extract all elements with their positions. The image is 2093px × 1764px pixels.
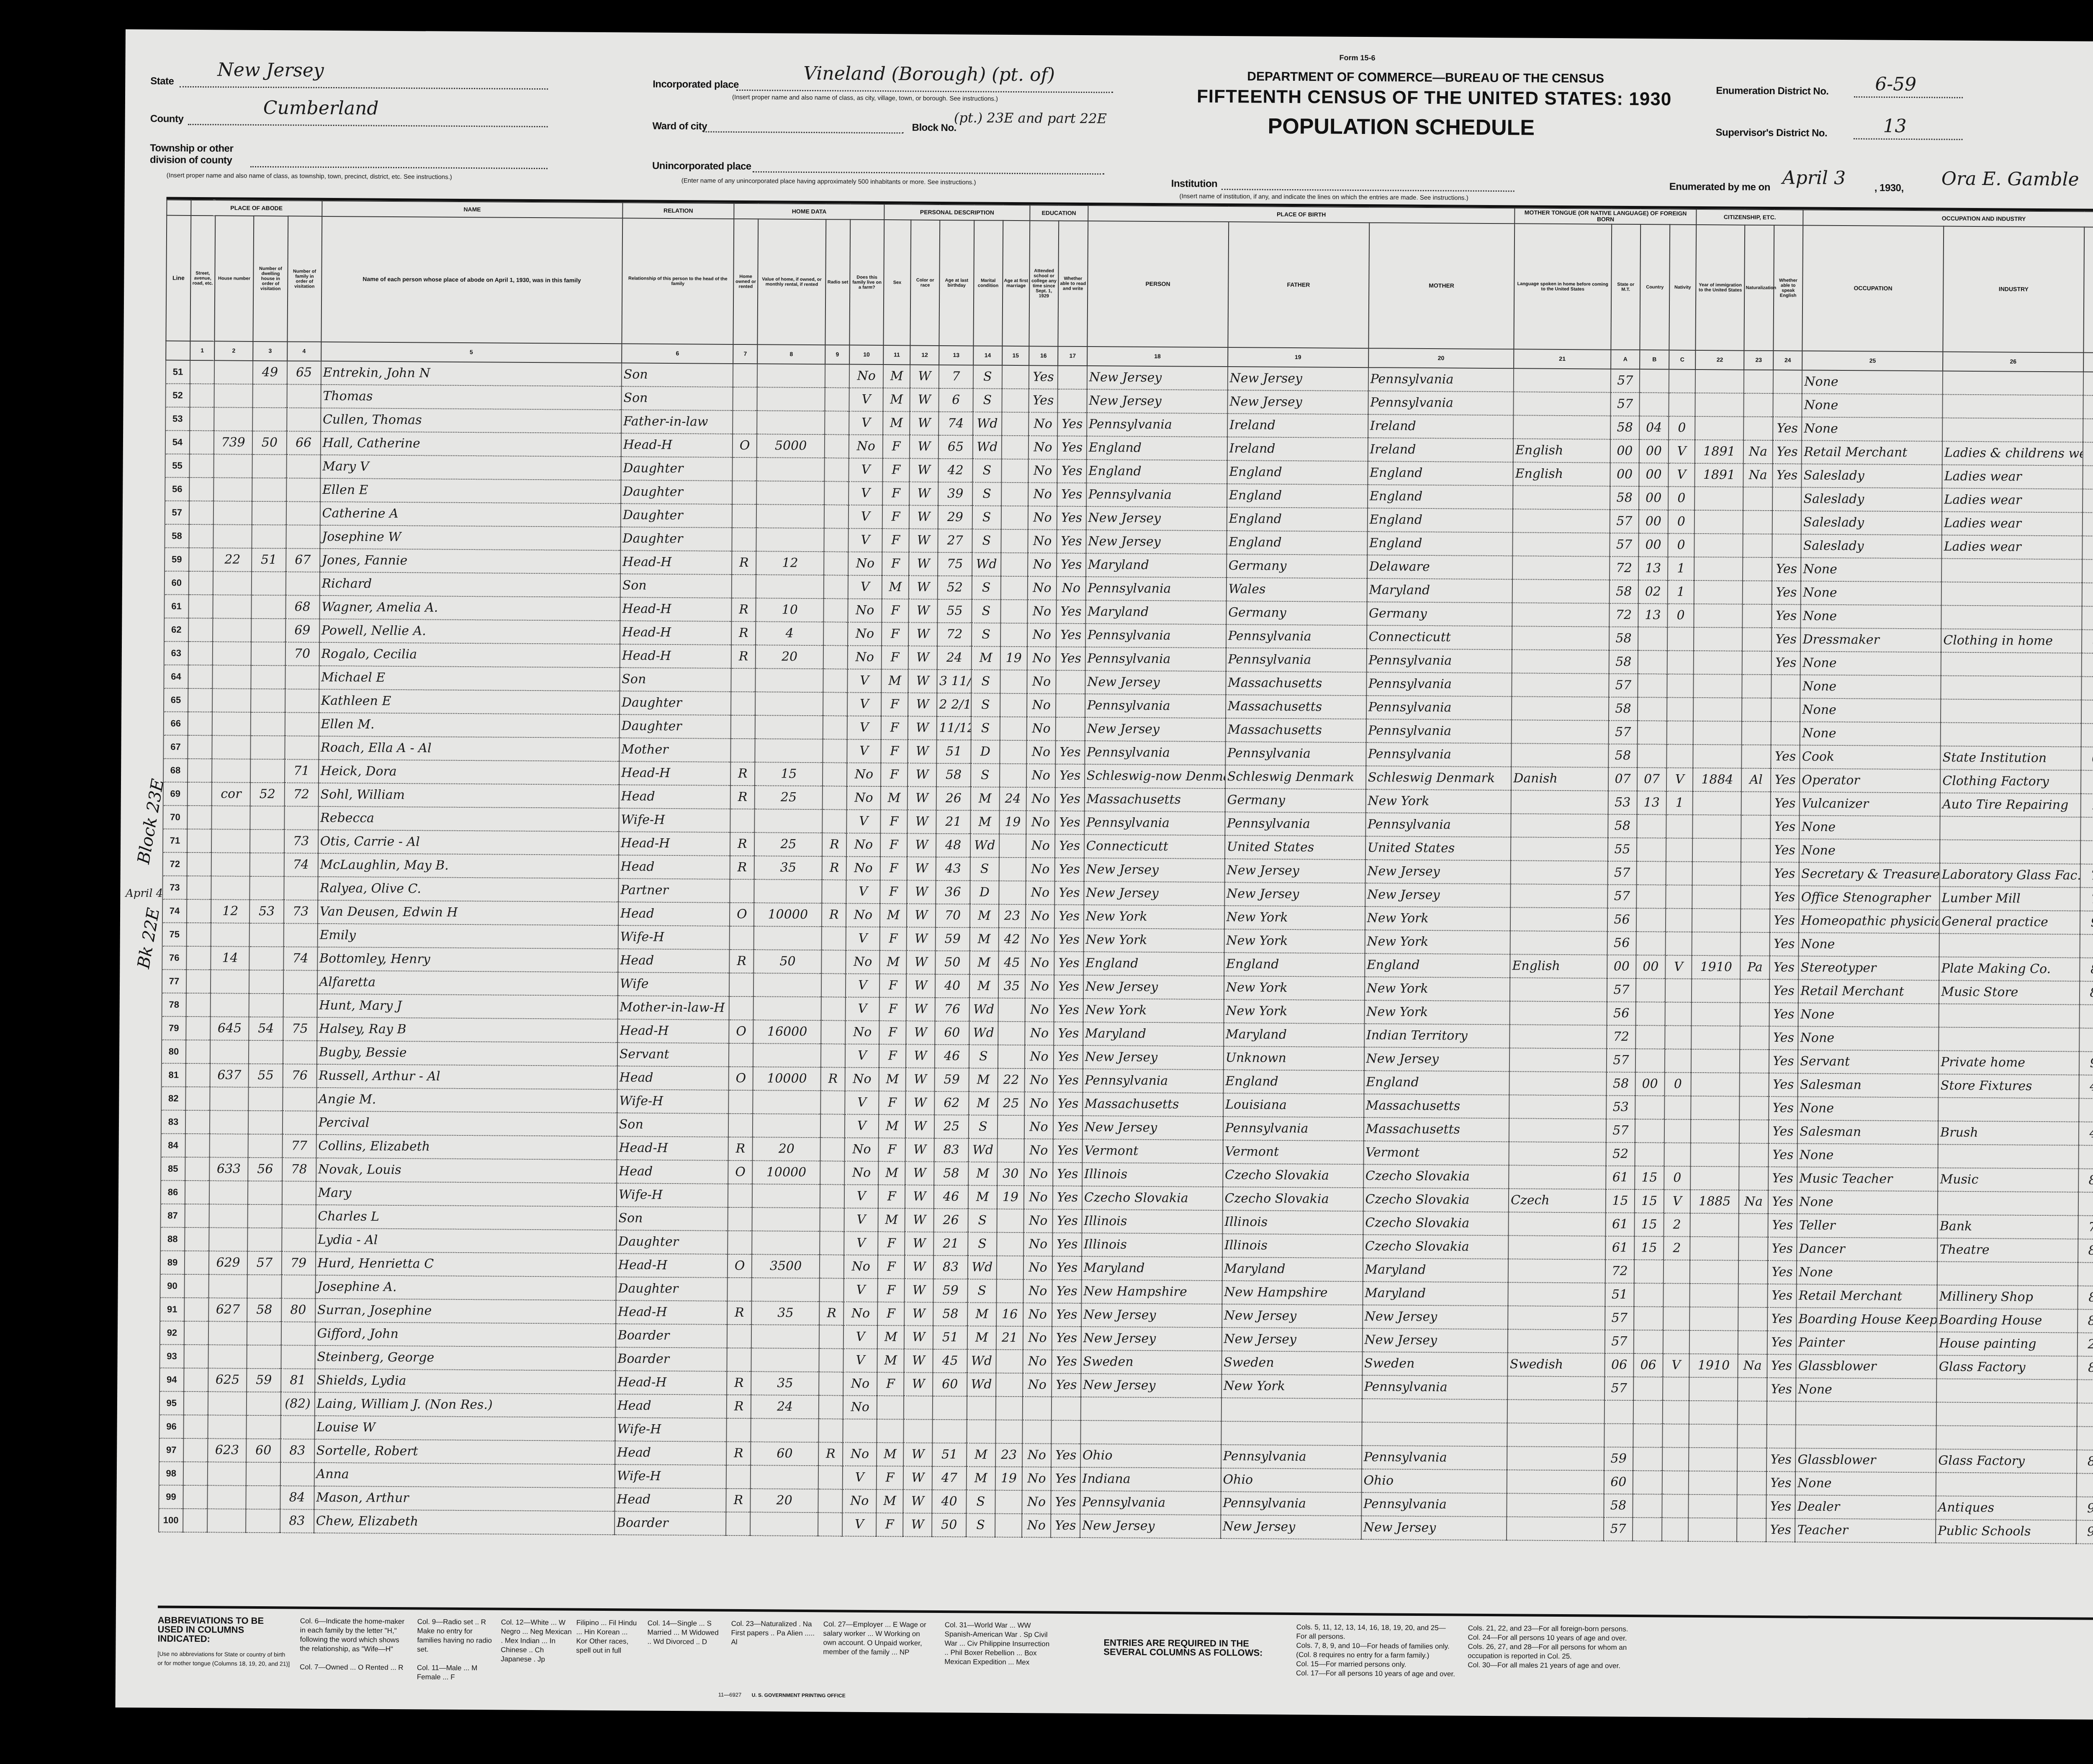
cell: Wd <box>968 1138 998 1162</box>
cell <box>1022 1420 1052 1443</box>
cell: 72 <box>1605 1259 1635 1283</box>
cell <box>186 1040 210 1063</box>
cell: Saleslady <box>1801 534 1942 558</box>
cell: 807V <box>2078 1239 2093 1263</box>
column-header: Line <box>166 215 191 341</box>
cell: W <box>908 716 937 739</box>
cell: 2 <box>1664 1213 1690 1236</box>
cell: 8502 <box>2077 1356 2093 1380</box>
census-rows: 514965Entrekin, John NSonNoMW7SYesNew Je… <box>159 360 2093 1545</box>
state-value: New Jersey <box>217 59 324 81</box>
column-header: Value of home, if owned, or monthly rent… <box>758 219 826 345</box>
cell: Boarder <box>616 1324 728 1348</box>
cell: 57 <box>1604 1517 1633 1541</box>
cell: W <box>906 997 936 1021</box>
line-number: 89 <box>160 1250 185 1274</box>
cell: F <box>881 763 908 786</box>
column-number: 25 <box>1802 351 1943 371</box>
cell: R <box>730 856 754 879</box>
cell <box>247 1322 281 1345</box>
cell <box>1666 838 1693 861</box>
cell: Yes <box>1772 604 1801 628</box>
cell <box>207 1485 246 1509</box>
cell: Pennsylvania <box>1226 648 1366 672</box>
cell: 42 <box>999 928 1026 951</box>
cell: W <box>910 435 939 458</box>
cell: No <box>1027 600 1057 623</box>
cell: No <box>847 786 881 809</box>
cell <box>728 1184 752 1207</box>
cell: F <box>880 880 907 904</box>
cell: V <box>848 669 882 692</box>
cell: 57 <box>1606 1119 1635 1142</box>
cell: No <box>1026 834 1055 858</box>
group-education: EDUCATION <box>1030 205 1088 221</box>
cell: None <box>1798 1026 1939 1050</box>
cell: No <box>1023 1373 1052 1397</box>
person-name: Mary <box>316 1181 617 1207</box>
cell <box>1507 1399 1604 1423</box>
cell: W <box>908 739 937 763</box>
cell: 50 <box>936 951 969 974</box>
cell: No <box>1025 951 1054 975</box>
line-number: 92 <box>160 1321 184 1344</box>
cell <box>731 715 755 739</box>
cell <box>1669 393 1695 416</box>
cell: Ohio <box>1080 1444 1221 1468</box>
cell: England <box>1227 460 1368 485</box>
cell: Daughter <box>620 527 732 551</box>
cell: 51 <box>937 740 971 763</box>
cell: 0 <box>1667 603 1694 627</box>
column-number: 16 <box>1029 346 1058 365</box>
cell: M <box>882 669 908 693</box>
cell: W <box>909 529 938 552</box>
cell: Yes <box>1772 628 1801 651</box>
cell: Yes <box>1029 365 1058 389</box>
cell <box>1002 436 1029 459</box>
cell: D <box>971 740 1000 763</box>
cell: No <box>846 856 880 880</box>
cell <box>999 858 1026 881</box>
cell <box>1080 1420 1221 1445</box>
cell <box>1938 1191 2078 1215</box>
cell: 25 <box>934 1115 968 1138</box>
cell: 1891 <box>1695 463 1743 487</box>
cell: Glass Factory <box>1937 1355 2078 1379</box>
cell: 07 <box>1608 767 1638 791</box>
unincorporated-line <box>753 171 1104 175</box>
cell <box>1000 764 1026 787</box>
cell: 58 <box>247 1298 281 1322</box>
cell: No <box>849 434 883 458</box>
cell: Yes <box>1768 1167 1797 1190</box>
cell: Secretary & Treasurer <box>1799 862 1940 886</box>
cell: Germany <box>1367 602 1512 626</box>
cell <box>249 923 283 947</box>
cell: Yes <box>1054 1022 1083 1045</box>
cell: Head-H <box>619 832 730 856</box>
cell: Yes <box>1770 839 1800 862</box>
cell <box>877 1396 904 1419</box>
cell: Yes <box>1770 909 1799 932</box>
cell: 57 <box>1607 884 1637 908</box>
abbrev-col6: Col. 6—Indicate the home-maker in each f… <box>300 1617 409 1654</box>
cell: 00 <box>1639 439 1669 463</box>
cell: 56 <box>1607 931 1636 955</box>
cell <box>1362 1422 1507 1446</box>
cell <box>1942 418 2083 442</box>
cell <box>731 668 756 692</box>
cell: R <box>727 1301 751 1325</box>
cell <box>1511 790 1608 814</box>
cell: 76 <box>935 998 969 1021</box>
cell: W <box>909 505 939 529</box>
cell <box>754 879 822 903</box>
cell: V <box>844 1208 878 1231</box>
cell: M <box>970 810 1000 834</box>
cell: Maryland <box>1363 1281 1508 1306</box>
cell: M <box>969 951 999 974</box>
cell: W <box>906 1068 935 1091</box>
cell <box>820 1137 845 1161</box>
census-title: FIFTEENTH CENSUS OF THE UNITED STATES: 1… <box>1197 86 1671 110</box>
cell: 1 <box>1666 791 1693 814</box>
cell <box>285 736 319 759</box>
cell: 50 <box>252 431 286 454</box>
cell: No <box>1024 1139 1053 1162</box>
cell <box>753 1114 820 1137</box>
cell: 66 <box>286 431 320 454</box>
cell: State Institution <box>1940 746 2081 770</box>
group-personal-description: PERSONAL DESCRIPTION <box>885 204 1030 221</box>
cell: Pennsylvania <box>1087 413 1227 437</box>
cell: Teller <box>1797 1214 1938 1238</box>
cell <box>1691 1073 1740 1096</box>
cell: Czecho Slovakia <box>1082 1186 1223 1210</box>
cell <box>1743 416 1773 440</box>
cell <box>1513 415 1610 439</box>
cell <box>1512 556 1610 580</box>
abbrev-col9: Col. 9—Radio set .. R Make no entry for … <box>417 1617 493 1654</box>
cell: 77 <box>282 1134 316 1158</box>
cell: Brush <box>1938 1121 2079 1145</box>
cell <box>904 1396 933 1419</box>
cell <box>251 712 285 736</box>
cell: Retail Merchant <box>1802 440 1942 465</box>
cell: 5000 <box>757 434 825 458</box>
column-header: FATHER <box>1228 222 1369 348</box>
cell: 21 <box>934 1232 968 1256</box>
cell <box>286 454 320 478</box>
cell <box>1941 558 2082 583</box>
cell: V <box>844 1278 878 1302</box>
cell: W <box>904 1349 933 1372</box>
cell: F <box>882 646 908 669</box>
cell: 8502 <box>2077 1450 2093 1474</box>
cell: 13 <box>1638 557 1668 580</box>
cell <box>1940 840 2080 864</box>
column-number: 23 <box>1744 350 1773 370</box>
line-number: 93 <box>159 1344 184 1368</box>
cell <box>280 1462 314 1486</box>
line-number: 74 <box>162 899 187 922</box>
cell <box>933 1420 967 1443</box>
cell <box>185 1087 210 1110</box>
cell: 39 <box>939 482 972 506</box>
cell <box>286 501 320 525</box>
cell: Pennsylvania <box>1225 812 1365 836</box>
cell <box>248 1204 282 1228</box>
cell <box>998 1045 1025 1068</box>
cell <box>1512 532 1610 556</box>
cell: M <box>969 1091 998 1115</box>
cell <box>1635 1096 1664 1119</box>
census-table: PLACE OF ABODE NAME RELATION HOME DATA P… <box>158 200 2093 1546</box>
cell: Yes <box>1054 928 1084 951</box>
column-header: Country <box>1640 224 1670 350</box>
cell: 623 <box>208 1438 247 1462</box>
cell: Wd <box>967 1256 997 1279</box>
cell: Danish <box>1511 767 1608 791</box>
cell: England <box>1226 531 1367 555</box>
cell: 0 <box>1669 416 1695 439</box>
cell: Germany <box>1226 554 1367 578</box>
cell <box>999 881 1026 904</box>
cell: Pennsylvania <box>1080 1491 1221 1515</box>
cell <box>214 384 253 408</box>
cell <box>1000 693 1027 717</box>
line-number: 88 <box>160 1227 185 1250</box>
cell: V <box>849 505 882 528</box>
cell: Yes <box>1054 1045 1083 1068</box>
cell <box>1637 861 1666 885</box>
cell: Yes <box>1769 932 1799 956</box>
column-header: Relationship of this person to the head … <box>622 218 734 344</box>
cell: Illinois <box>1222 1234 1363 1258</box>
cell: No <box>845 1067 879 1091</box>
cell <box>1514 392 1611 416</box>
cell: 74 <box>283 947 317 970</box>
cell: Son <box>620 574 732 598</box>
person-name: Angie M. <box>316 1088 617 1113</box>
cell <box>212 759 251 783</box>
cell <box>1740 979 1769 1002</box>
cell <box>732 528 756 551</box>
cell: Na <box>1743 463 1773 487</box>
cell: Dancer <box>1797 1237 1937 1261</box>
cell <box>755 715 823 739</box>
cell <box>1512 579 1610 603</box>
cell <box>998 1115 1024 1139</box>
cell: 75 <box>938 552 972 576</box>
column-number: A <box>1611 349 1640 369</box>
cell <box>1000 600 1027 623</box>
cell: 57 <box>1610 533 1639 556</box>
county-line <box>188 124 548 127</box>
cell <box>995 1420 1022 1443</box>
cell <box>756 504 824 528</box>
cell: F <box>879 1091 905 1114</box>
cell: 58 <box>1609 650 1638 673</box>
person-name: Catherine A <box>320 502 620 527</box>
cell: No <box>846 833 880 856</box>
person-name: Thomas <box>321 385 621 410</box>
cell: Head <box>618 902 730 926</box>
cell <box>1638 697 1667 721</box>
cell <box>1689 1448 1737 1471</box>
cell <box>187 876 211 899</box>
cell: New York <box>1224 976 1365 1000</box>
cell <box>1936 1472 2077 1497</box>
cell: Connecticutt <box>1084 834 1225 859</box>
cell <box>999 834 1026 858</box>
cell: F <box>883 435 910 458</box>
cell <box>1664 1143 1691 1166</box>
cell <box>1738 1377 1767 1401</box>
cell <box>1669 369 1695 393</box>
person-name: Powell, Nellie A. <box>319 619 620 644</box>
cell: No <box>1026 717 1056 740</box>
cell: 8491 <box>2083 442 2093 466</box>
cell: New Jersey <box>1087 389 1227 413</box>
cell <box>823 669 848 692</box>
cell: M <box>967 1302 997 1326</box>
cell <box>1771 722 1800 745</box>
cell: Glass Factory <box>1936 1449 2077 1473</box>
cell <box>184 1321 208 1345</box>
line-number: 67 <box>163 735 188 758</box>
cell: New Jersey <box>1365 883 1511 907</box>
cell <box>997 1209 1024 1232</box>
cell: No <box>1023 1256 1053 1279</box>
cell <box>1633 1471 1662 1494</box>
cell <box>755 739 823 763</box>
cell <box>752 1207 820 1231</box>
cell: Yes <box>1768 1261 1797 1284</box>
cell <box>825 388 849 411</box>
printer: U. S. GOVERNMENT PRINTING OFFICE <box>752 1690 846 1700</box>
cell: Head <box>619 785 730 809</box>
cell: None <box>1795 1471 1936 1496</box>
person-name: Alfaretta <box>317 971 618 996</box>
cell: M <box>967 1326 996 1349</box>
cell: 0 <box>1668 486 1695 510</box>
cell <box>2077 1473 2093 1497</box>
cell <box>821 1020 846 1044</box>
cell: 637 <box>210 1063 249 1087</box>
cell <box>726 1512 750 1535</box>
cell <box>212 665 251 689</box>
cell: Yes <box>1051 1467 1080 1490</box>
cell <box>751 1325 819 1348</box>
cell <box>188 665 212 688</box>
cell: M <box>880 904 907 927</box>
cell <box>247 1392 280 1415</box>
cell <box>1664 1119 1691 1143</box>
cell: No <box>844 1161 878 1184</box>
cell <box>751 1465 818 1489</box>
cell: R <box>822 856 846 880</box>
cell: S <box>972 529 1001 552</box>
cell <box>1943 394 2083 419</box>
cell <box>732 504 756 528</box>
cell: Yes <box>1029 389 1058 412</box>
cell: 76 <box>283 1064 316 1087</box>
cell: S <box>970 857 999 881</box>
cell: Yes <box>1773 417 1802 440</box>
cell: Yes <box>1057 483 1086 506</box>
cell: No <box>848 645 882 669</box>
cell <box>1001 553 1028 576</box>
cell: Unknown <box>1224 1046 1364 1071</box>
cell: Yes <box>1766 1495 1795 1518</box>
cell: 27 <box>938 529 972 552</box>
cell <box>903 1419 933 1443</box>
cell <box>1740 1073 1769 1096</box>
cell <box>821 1044 845 1067</box>
cell <box>1939 933 2080 958</box>
cell: M <box>966 1466 995 1490</box>
cell <box>184 1392 208 1415</box>
state-label: State <box>150 75 174 87</box>
cell: W <box>903 1489 932 1513</box>
department-title: DEPARTMENT OF COMMERCE—BUREAU OF THE CEN… <box>1247 69 1604 86</box>
entries-right: Cols. 21, 22, and 23—For all foreign-bor… <box>1468 1624 1644 1671</box>
cell: 46 <box>934 1185 968 1209</box>
group-line <box>167 200 191 216</box>
cell <box>188 712 212 735</box>
column-number: 26 <box>1943 352 2083 372</box>
cell <box>2081 723 2093 747</box>
cell <box>820 1161 844 1184</box>
cell <box>824 528 849 552</box>
cell: New Jersey <box>1081 1303 1222 1327</box>
cell: V <box>842 1512 876 1536</box>
cell: 71 <box>285 759 319 783</box>
cell <box>1692 1026 1740 1050</box>
cell <box>1743 487 1772 510</box>
cell: Connecticutt <box>1367 625 1512 650</box>
cell <box>996 1373 1023 1397</box>
cell <box>1510 907 1607 931</box>
cell <box>733 387 757 411</box>
cell: M <box>883 411 910 435</box>
cell: None <box>1802 370 1943 394</box>
cell <box>2082 653 2093 677</box>
cell: None <box>1801 557 1941 582</box>
person-name: Van Deusen, Edwin H <box>318 900 618 925</box>
person-name: Wagner, Amelia A. <box>319 596 620 621</box>
cell: 629 <box>209 1251 248 1275</box>
cell <box>1638 721 1667 744</box>
cell: M <box>969 1068 998 1091</box>
cell: Yes <box>1055 787 1085 811</box>
person-name: Hall, Catherine <box>320 431 621 457</box>
cell <box>1507 1470 1604 1494</box>
cell: W <box>905 1185 934 1208</box>
cell: 58 <box>1609 697 1638 720</box>
cell: Swedish <box>1508 1353 1605 1376</box>
column-number: 6 <box>622 344 733 364</box>
cell: F <box>882 622 908 646</box>
cell: Daughter <box>616 1277 728 1301</box>
column-header: OCCUPATION <box>1802 225 1944 352</box>
person-name: Halsey, Ray B <box>317 1017 617 1042</box>
cell: Schleswig Denmark <box>1225 765 1366 789</box>
column-header: Year of immigration to the United States <box>1696 225 1745 351</box>
cell <box>1509 1118 1606 1142</box>
